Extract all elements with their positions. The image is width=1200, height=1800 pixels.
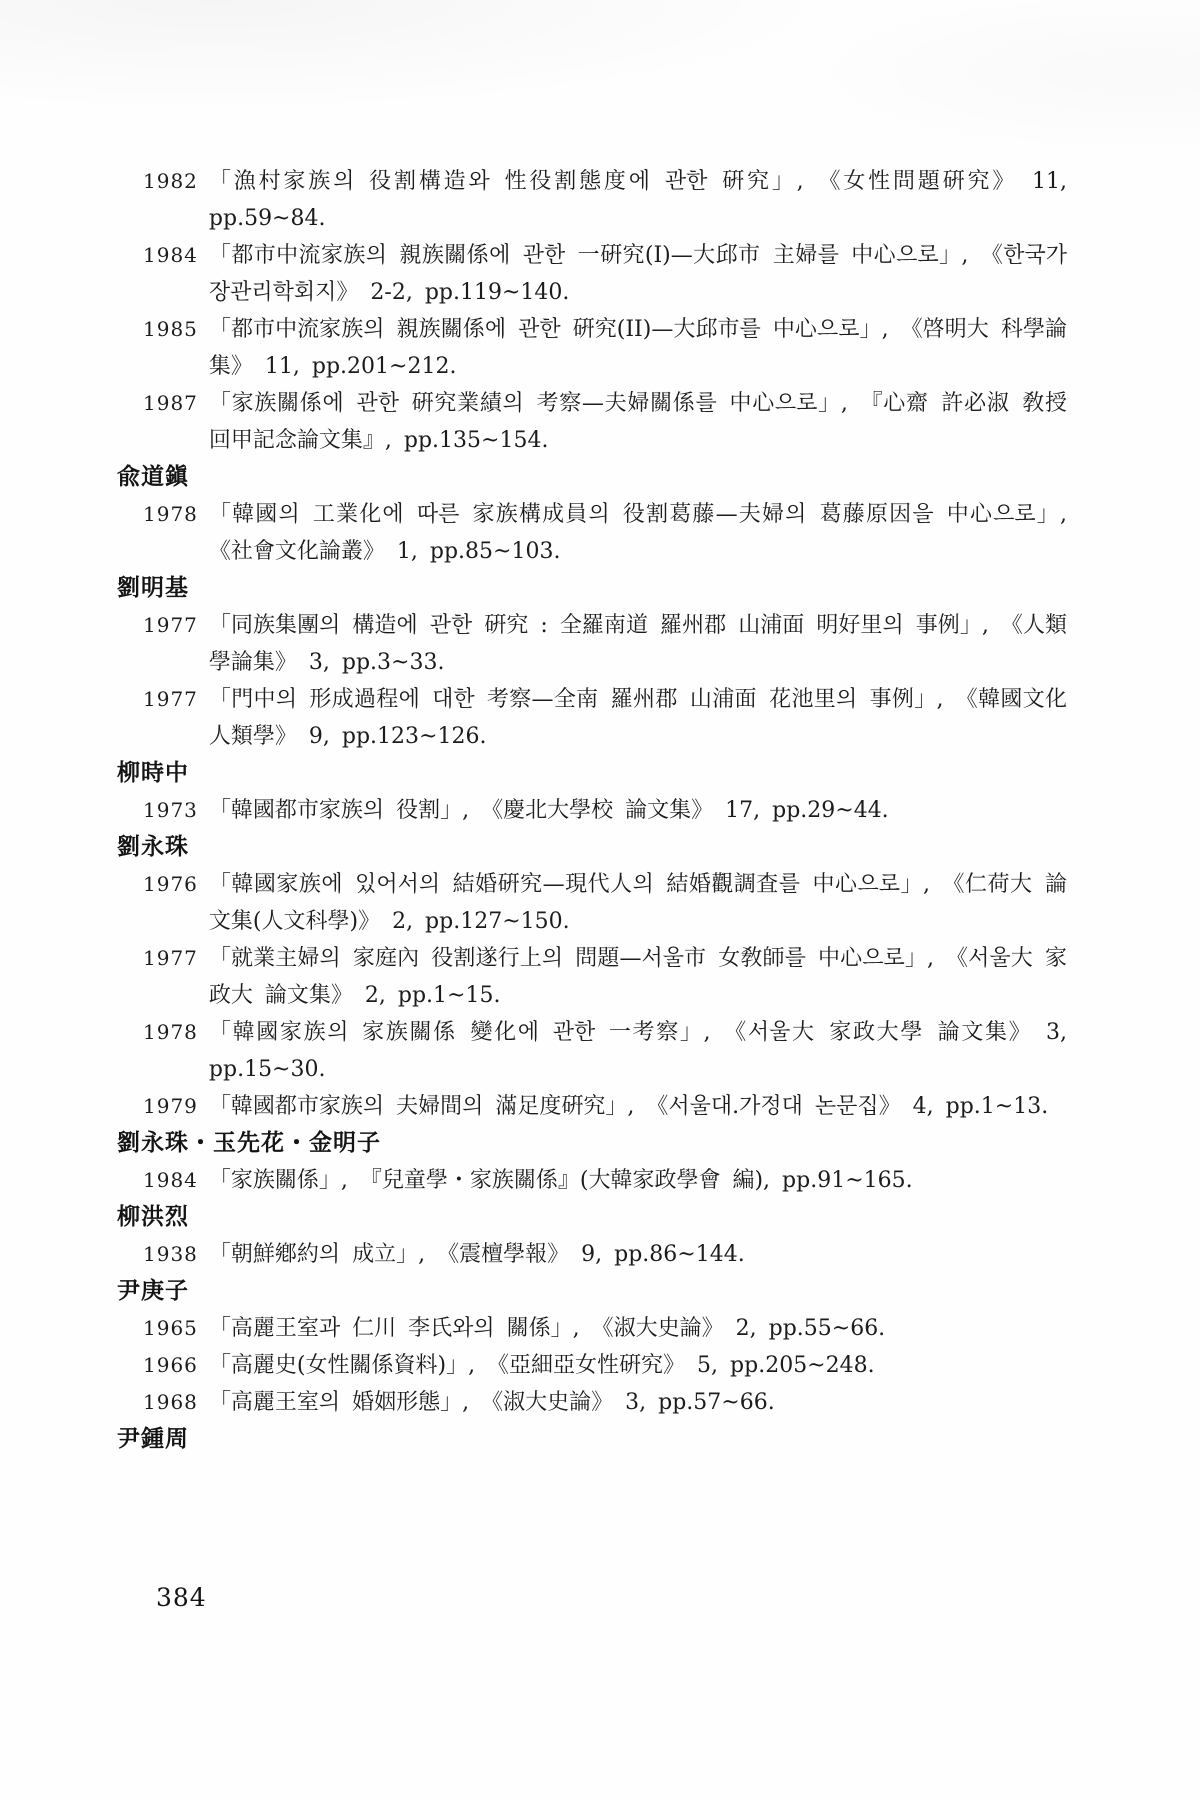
entry-year: 1968 [143, 1384, 198, 1421]
entry-text: 「高麗王室의 婚姻形態」, 《淑大史論》 3, pp.57~66. [209, 1384, 1067, 1421]
entry-text: 「都市中流家族의 親族關係에 관한 一硏究(I)—大邱市 主婦를 中心으로」, … [209, 237, 1067, 311]
bibliography-entry: 1979「韓國都市家族의 夫婦間의 滿足度硏究」, 《서울대.가정대 논문집》 … [117, 1088, 1067, 1125]
entry-text: 「高麗王室과 仁川 李氏와의 關係」, 《淑大史論》 2, pp.55~66. [209, 1310, 1067, 1347]
entry-text: 「高麗史(女性關係資料)」, 《亞細亞女性硏究》 5, pp.205~248. [209, 1347, 1067, 1384]
entry-year: 1984 [143, 237, 198, 274]
bibliography-page: 1982「漁村家族의 役割構造와 性役割態度에 관한 硏究」, 《女性問題硏究》… [0, 0, 1200, 1800]
entry-text: 「韓國家族의 家族關係 變化에 관한 一考察」, 《서울大 家政大學 論文集》 … [209, 1014, 1067, 1088]
entry-text: 「朝鮮鄕約의 成立」, 《震檀學報》 9, pp.86~144. [209, 1236, 1067, 1273]
bibliography-entry: 1968「高麗王室의 婚姻形態」, 《淑大史論》 3, pp.57~66. [117, 1384, 1067, 1421]
page-number: 384 [156, 1583, 207, 1612]
bibliography-entry: 1987「家族關係에 관한 硏究業績의 考察—夫婦關係를 中心으로」, 『心齋 … [117, 385, 1067, 459]
bibliography-entry: 1977「就業主婦의 家庭內 役割遂行上의 問題—서울市 女敎師를 中心으로」,… [117, 940, 1067, 1014]
bibliography-list: 1982「漁村家族의 役割構造와 性役割態度에 관한 硏究」, 《女性問題硏究》… [117, 163, 1067, 1458]
bibliography-entry: 1982「漁村家族의 役割構造와 性役割態度에 관한 硏究」, 《女性問題硏究》… [117, 163, 1067, 237]
bibliography-entry: 1965「高麗王室과 仁川 李氏와의 關係」, 《淑大史論》 2, pp.55~… [117, 1310, 1067, 1347]
entry-year: 1976 [143, 866, 198, 903]
entry-year: 1979 [143, 1088, 198, 1125]
entry-year: 1973 [143, 792, 198, 829]
bibliography-entry: 1978「韓國家族의 家族關係 變化에 관한 一考察」, 《서울大 家政大學 論… [117, 1014, 1067, 1088]
entry-text: 「同族集團의 構造에 관한 硏究 : 全羅南道 羅州郡 山浦面 明好里의 事例」… [209, 607, 1067, 681]
bibliography-entry: 1966「高麗史(女性關係資料)」, 《亞細亞女性硏究》 5, pp.205~2… [117, 1347, 1067, 1384]
author-heading: 柳洪烈 [117, 1199, 1067, 1236]
bibliography-entry: 1985「都市中流家族의 親族關係에 관한 硏究(II)—大邱市를 中心으로」,… [117, 311, 1067, 385]
entry-text: 「韓國都市家族의 役割」, 《慶北大學校 論文集》 17, pp.29~44. [209, 792, 1067, 829]
bibliography-entry: 1984「都市中流家族의 親族關係에 관한 一硏究(I)—大邱市 主婦를 中心으… [117, 237, 1067, 311]
bibliography-entry: 1976「韓國家族에 있어서의 結婚硏究—現代人의 結婚觀調査를 中心으로」, … [117, 866, 1067, 940]
entry-year: 1978 [143, 1014, 198, 1051]
entry-year: 1966 [143, 1347, 198, 1384]
entry-year: 1982 [143, 163, 198, 200]
entry-year: 1978 [143, 496, 198, 533]
author-heading: 尹庚子 [117, 1273, 1067, 1310]
bibliography-entry: 1938「朝鮮鄕約의 成立」, 《震檀學報》 9, pp.86~144. [117, 1236, 1067, 1273]
entry-text: 「都市中流家族의 親族關係에 관한 硏究(II)—大邱市를 中心으로」, 《啓明… [209, 311, 1067, 385]
bibliography-entry: 1973「韓國都市家族의 役割」, 《慶北大學校 論文集》 17, pp.29~… [117, 792, 1067, 829]
bibliography-entry: 1977「門中의 形成過程에 대한 考察—全南 羅州郡 山浦面 花池里의 事例」… [117, 681, 1067, 755]
bibliography-entry: 1977「同族集團의 構造에 관한 硏究 : 全羅南道 羅州郡 山浦面 明好里의… [117, 607, 1067, 681]
entry-text: 「韓國都市家族의 夫婦間의 滿足度硏究」, 《서울대.가정대 논문집》 4, p… [209, 1088, 1067, 1125]
entry-text: 「漁村家族의 役割構造와 性役割態度에 관한 硏究」, 《女性問題硏究》 11,… [209, 163, 1067, 237]
entry-text: 「門中의 形成過程에 대한 考察—全南 羅州郡 山浦面 花池里의 事例」, 《韓… [209, 681, 1067, 755]
entry-text: 「就業主婦의 家庭內 役割遂行上의 問題—서울市 女敎師를 中心으로」, 《서울… [209, 940, 1067, 1014]
entry-text: 「韓國의 工業化에 따른 家族構成員의 役割葛藤—夫婦의 葛藤原因을 中心으로」… [209, 496, 1067, 570]
entry-year: 1977 [143, 607, 198, 644]
entry-year: 1965 [143, 1310, 198, 1347]
entry-text: 「韓國家族에 있어서의 結婚硏究—現代人의 結婚觀調査를 中心으로」, 《仁荷大… [209, 866, 1067, 940]
entry-year: 1977 [143, 681, 198, 718]
author-heading: 柳時中 [117, 755, 1067, 792]
entry-text: 「家族關係에 관한 硏究業績의 考察—夫婦關係를 中心으로」, 『心齋 許必淑 … [209, 385, 1067, 459]
author-heading: 劉永珠 [117, 829, 1067, 866]
author-heading: 尹鍾周 [117, 1421, 1067, 1458]
entry-year: 1977 [143, 940, 198, 977]
entry-year: 1987 [143, 385, 198, 422]
entry-text: 「家族關係」, 『兒童學・家族關係』(大韓家政學會 編), pp.91~165. [209, 1162, 1067, 1199]
bibliography-entry: 1984「家族關係」, 『兒童學・家族關係』(大韓家政學會 編), pp.91~… [117, 1162, 1067, 1199]
author-heading: 劉明基 [117, 570, 1067, 607]
author-heading: 兪道鎭 [117, 459, 1067, 496]
entry-year: 1984 [143, 1162, 198, 1199]
bibliography-entry: 1978「韓國의 工業化에 따른 家族構成員의 役割葛藤—夫婦의 葛藤原因을 中… [117, 496, 1067, 570]
entry-year: 1938 [143, 1236, 198, 1273]
entry-year: 1985 [143, 311, 198, 348]
author-heading: 劉永珠・玉先花・金明子 [117, 1125, 1067, 1162]
